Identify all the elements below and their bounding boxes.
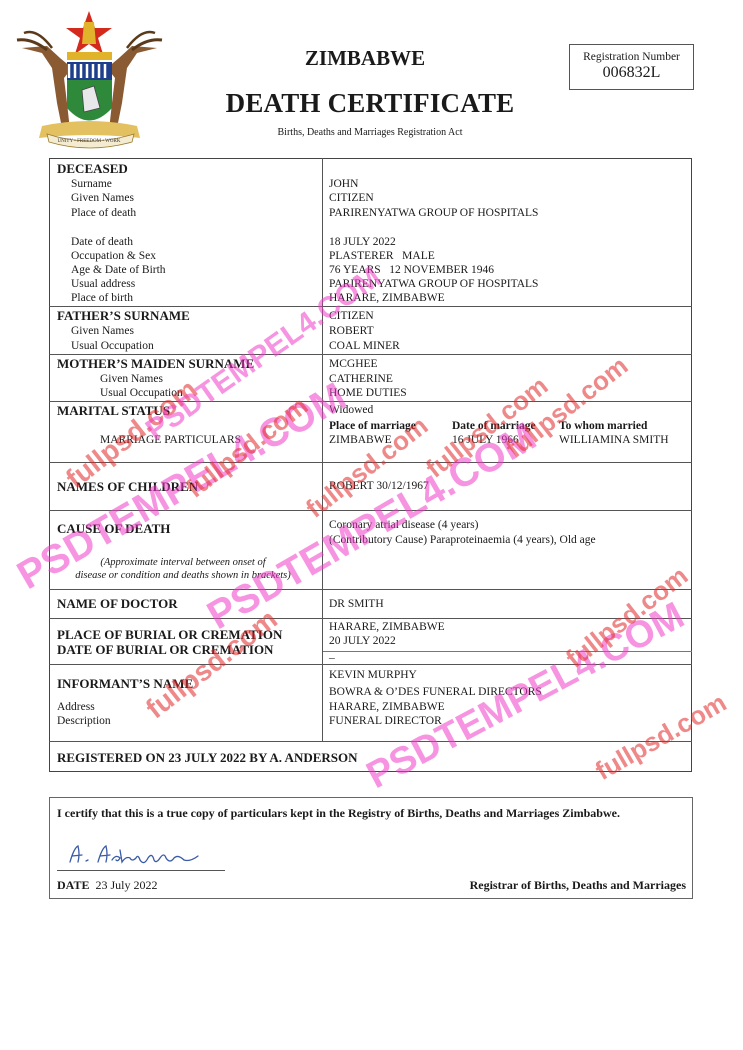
registered-line: REGISTERED ON 23 JULY 2022 BY A. ANDERSO… <box>57 750 358 766</box>
children-names: ROBERT 30/12/1967 <box>329 479 429 493</box>
marital-status: Widowed <box>329 403 373 417</box>
date-value: 23 July 2022 <box>95 878 157 892</box>
field-label: Usual Occupation <box>100 386 183 400</box>
act-subtitle: Births, Deaths and Marriages Registratio… <box>200 127 540 138</box>
father-occupation: COAL MINER <box>329 339 400 353</box>
field-label: Age & Date of Birth <box>71 263 166 277</box>
deceased-place-of-birth: HARARE, ZIMBABWE <box>329 291 445 305</box>
deceased-heading: DECEASED <box>57 161 128 177</box>
row-divider <box>49 741 692 742</box>
signature-icon <box>66 842 216 868</box>
field-label: Occupation & Sex <box>71 249 156 263</box>
children-heading: NAMES OF CHILDREN <box>57 479 198 495</box>
date-of-marriage-label: Date of marriage <box>452 419 536 433</box>
field-label: Description <box>57 714 111 728</box>
burial-subdivider <box>322 651 692 652</box>
row-divider <box>49 462 692 463</box>
deceased-date-of-death: 18 JULY 2022 <box>329 235 396 249</box>
row-divider <box>49 354 692 355</box>
field-label: Date of death <box>71 235 133 249</box>
row-divider <box>49 401 692 402</box>
coat-of-arms-icon: UNITY • FREEDOM • WORK <box>12 8 167 150</box>
field-label: Given Names <box>71 191 134 205</box>
cause-primary: Coronary atrial disease (4 years) <box>329 518 478 532</box>
field-label: Address <box>57 700 95 714</box>
row-divider <box>49 664 692 665</box>
cause-heading: CAUSE OF DEATH <box>57 521 170 537</box>
row-divider <box>49 589 692 590</box>
registration-number-label: Registration Number <box>570 51 693 63</box>
mother-surname: MCGHEE <box>329 357 378 371</box>
field-label: Usual Occupation <box>71 339 154 353</box>
doctor-heading: NAME OF DOCTOR <box>57 596 178 612</box>
mother-heading: MOTHER’S MAIDEN SURNAME <box>57 356 254 372</box>
field-label: Usual address <box>71 277 135 291</box>
field-label: Place of death <box>71 206 136 220</box>
registration-number-box: Registration Number 006832L <box>569 44 694 90</box>
informant-organisation: BOWRA & O’DES FUNERAL DIRECTORS <box>329 685 542 699</box>
field-label: Given Names <box>100 372 163 386</box>
field-label: Surname <box>71 177 112 191</box>
deceased-age-dob: 76 YEARS 12 NOVEMBER 1946 <box>329 263 494 277</box>
row-divider <box>49 306 692 307</box>
registrar-title: Registrar of Births, Deaths and Marriage… <box>420 878 686 893</box>
document-title: DEATH CERTIFICATE <box>200 88 540 119</box>
certification-statement: I certify that this is a true copy of pa… <box>57 805 677 821</box>
informant-description: FUNERAL DIRECTOR <box>329 714 442 728</box>
cause-note-line1: (Approximate interval between onset of <box>52 556 314 569</box>
to-whom-married-label: To whom married <box>559 419 647 433</box>
svg-text:UNITY • FREEDOM • WORK: UNITY • FREEDOM • WORK <box>58 139 121 144</box>
country-name: ZIMBABWE <box>230 46 500 71</box>
deceased-usual-address: PARIRENYATWA GROUP OF HOSPITALS <box>329 277 538 291</box>
cause-note-line2: disease or condition and deaths shown in… <box>52 569 314 582</box>
row-divider <box>49 510 692 511</box>
burial-place: HARARE, ZIMBABWE <box>329 620 445 634</box>
mother-occupation: HOME DUTIES <box>329 386 407 400</box>
burial-date-heading: DATE OF BURIAL OR CREMATION <box>57 642 273 658</box>
marital-heading: MARITAL STATUS <box>57 403 170 419</box>
deceased-given-names: CITIZEN <box>329 191 374 205</box>
deceased-occupation-sex: PLASTERER MALE <box>329 249 435 263</box>
burial-extra: – <box>329 651 335 665</box>
doctor-name: DR SMITH <box>329 597 384 611</box>
father-heading: FATHER’S SURNAME <box>57 308 190 324</box>
place-of-marriage-label: Place of marriage <box>329 419 416 433</box>
field-label: Given Names <box>71 324 134 338</box>
father-surname: CITIZEN <box>329 309 374 323</box>
place-of-marriage: ZIMBABWE <box>329 433 392 447</box>
burial-date: 20 JULY 2022 <box>329 634 396 648</box>
cause-contributory: (Contributory Cause) Paraproteinaemia (4… <box>329 533 596 547</box>
informant-heading: INFORMANT’S NAME <box>57 676 193 692</box>
deceased-place-of-death: PARIRENYATWA GROUP OF HOSPITALS <box>329 206 538 220</box>
father-given-names: ROBERT <box>329 324 374 338</box>
row-divider <box>49 618 692 619</box>
cause-note: (Approximate interval between onset of d… <box>52 556 314 582</box>
date-of-marriage: 16 JULY 1966 <box>452 433 519 447</box>
marriage-particulars-label: MARRIAGE PARTICULARS <box>100 433 241 447</box>
mother-given-names: CATHERINE <box>329 372 393 386</box>
informant-name: KEVIN MURPHY <box>329 668 417 682</box>
signature-line <box>57 870 225 871</box>
certification-date: DATE 23 July 2022 <box>57 878 157 893</box>
informant-address: HARARE, ZIMBABWE <box>329 700 445 714</box>
burial-place-heading: PLACE OF BURIAL OR CREMATION <box>57 627 282 643</box>
date-label: DATE <box>57 878 89 892</box>
deceased-surname: JOHN <box>329 177 358 191</box>
column-divider <box>322 158 323 741</box>
registration-number-value: 006832L <box>570 64 693 82</box>
field-label: Place of birth <box>71 291 133 305</box>
spouse-name: WILLIAMINA SMITH <box>559 433 669 447</box>
